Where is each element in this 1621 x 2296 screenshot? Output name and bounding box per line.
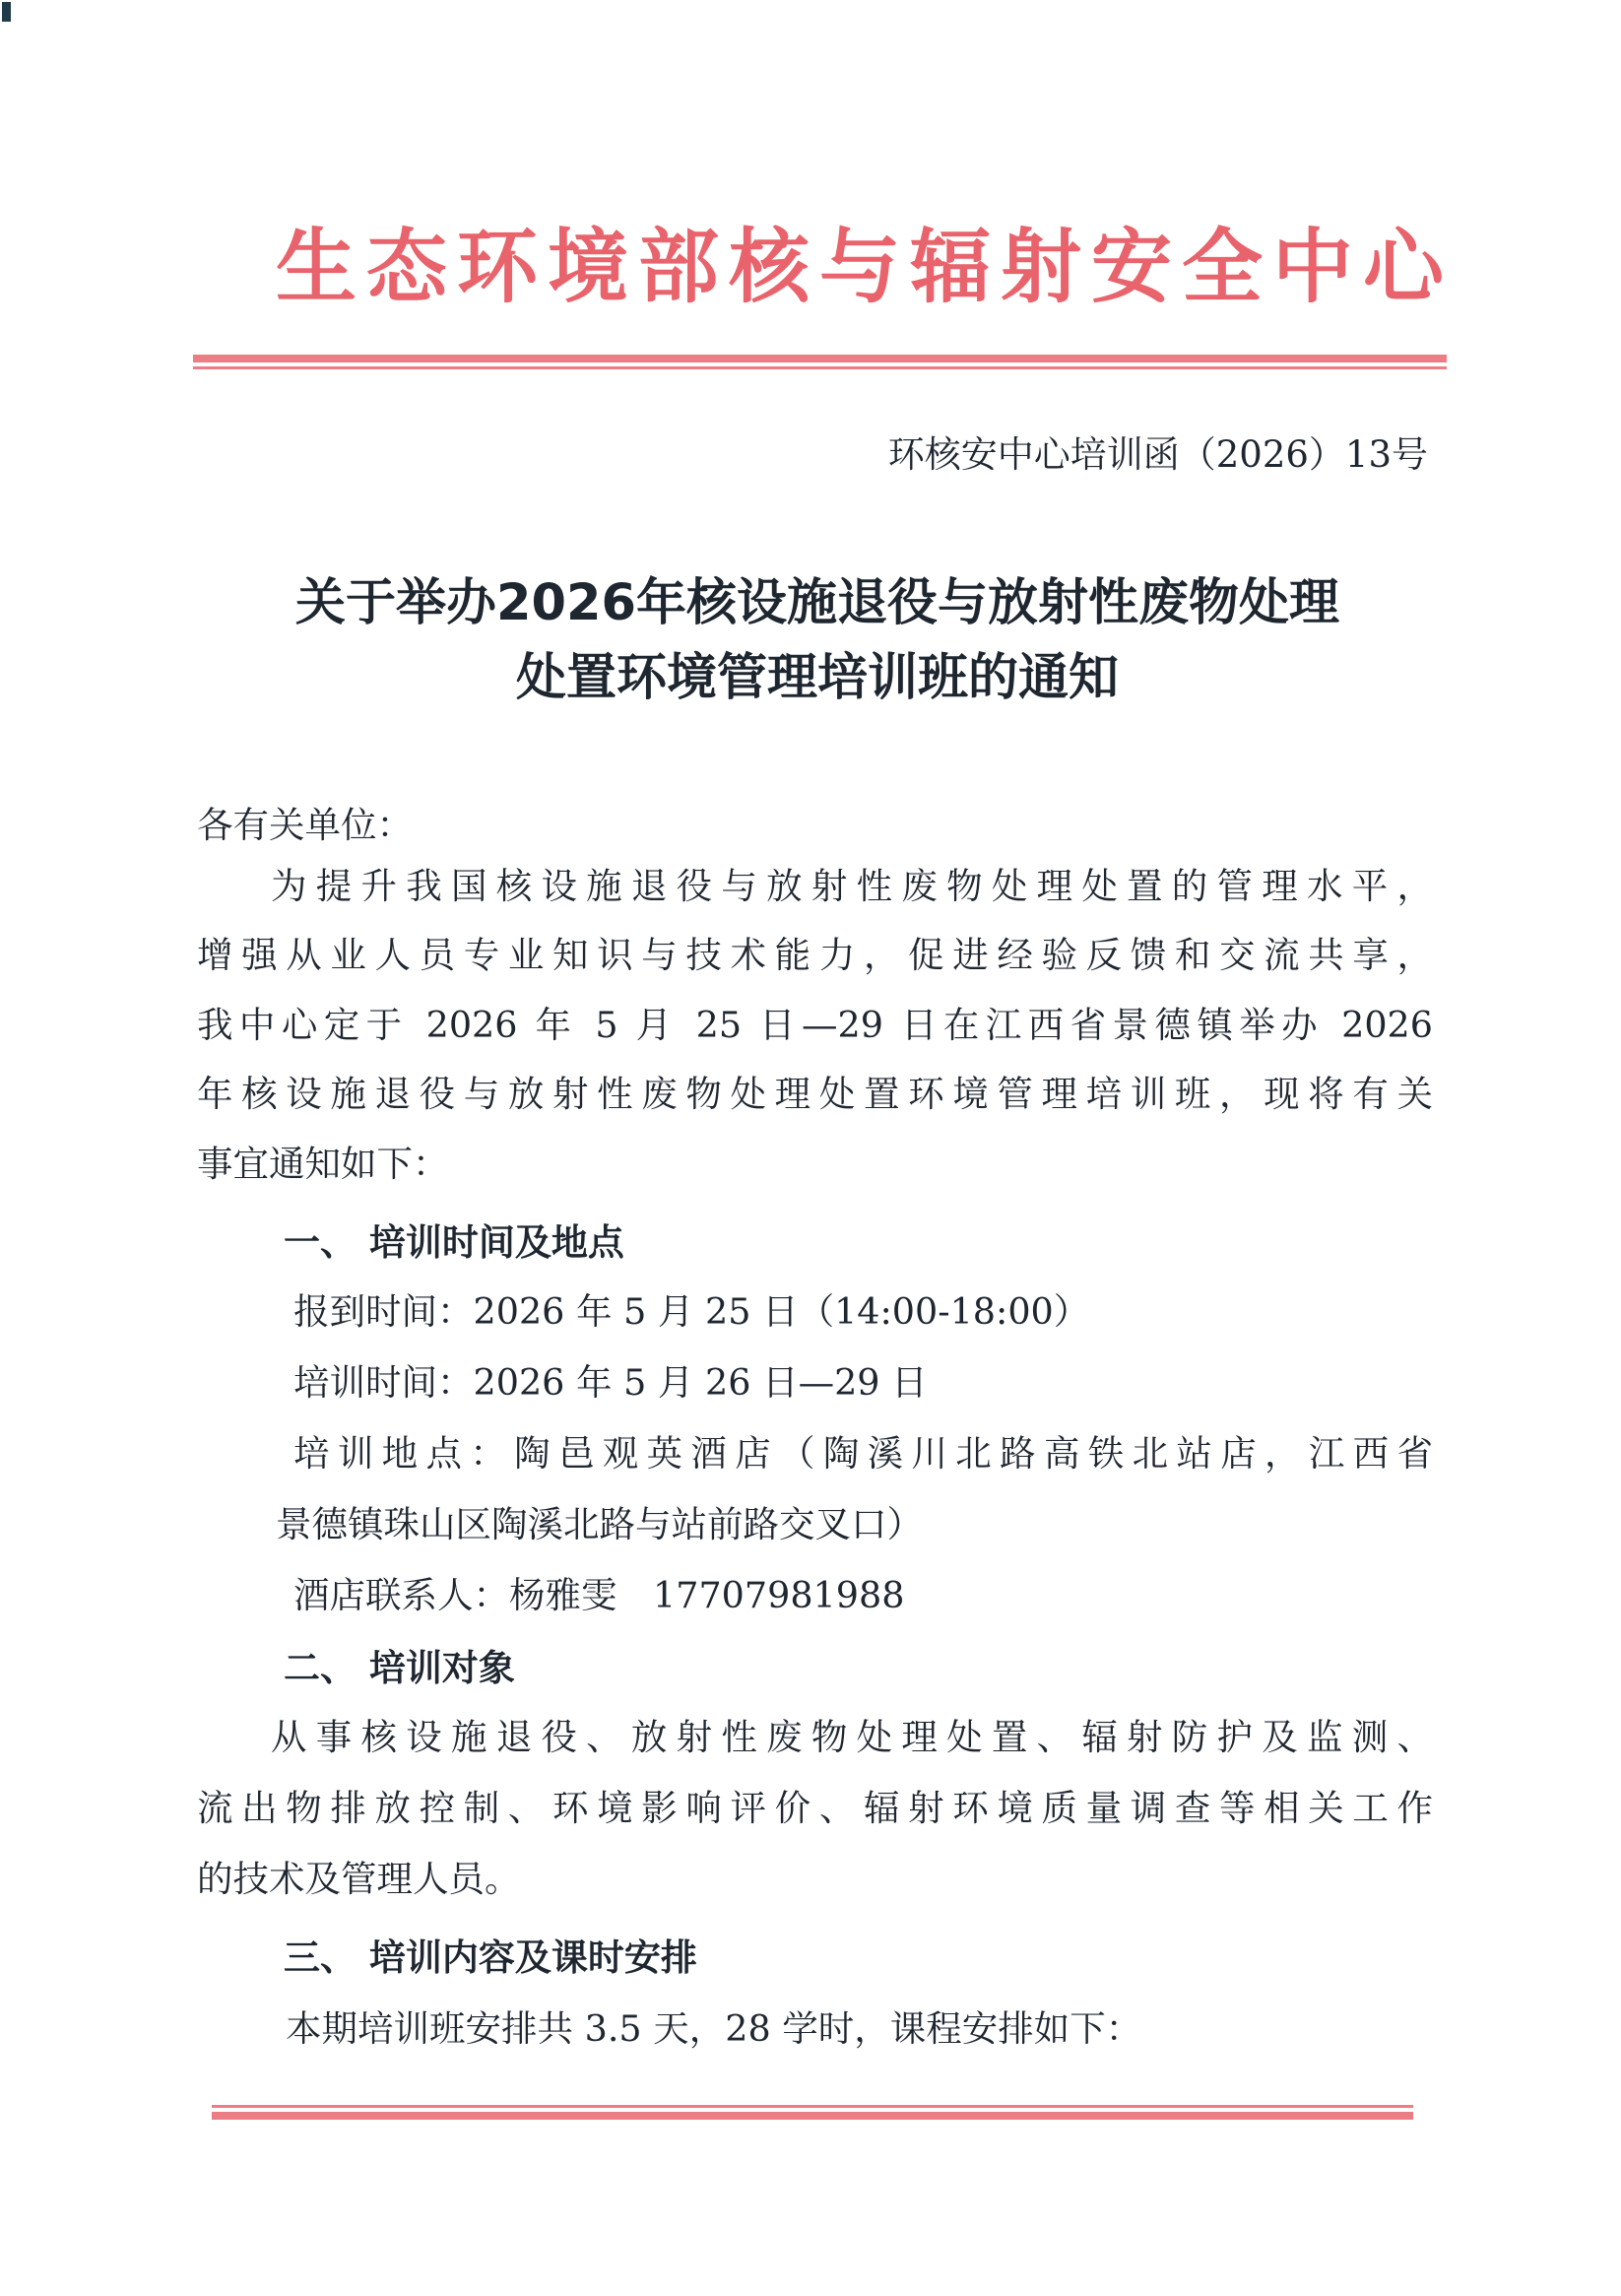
- document-title-line-1: 关于举办2026年核设施退役与放射性废物处理: [187, 566, 1448, 641]
- training-location-line-2: 景德镇珠山区陶溪北路与站前路交叉口）: [276, 1501, 923, 1548]
- target-audience-line-2: 流出物排放控制、环境影响评价、辐射环境质量调查等相关工作: [197, 1785, 1433, 1832]
- intro-line-5: 事宜通知如下：: [197, 1141, 449, 1188]
- training-time: 培训时间：2026 年 5 月 26 日—29 日: [293, 1359, 928, 1407]
- organization-letterhead: 生态环境部核与辐射安全中心: [276, 219, 1408, 317]
- section-1-heading: 一、 培训时间及地点: [284, 1219, 624, 1267]
- target-audience-line-1: 从事核设施退役、放射性废物处理处置、辐射防护及监测、: [271, 1714, 1433, 1761]
- intro-line-4: 年核设施退役与放射性废物处理处置环境管理培训班，现将有关: [197, 1071, 1433, 1118]
- section-3-heading: 三、 培训内容及课时安排: [284, 1935, 697, 1982]
- hotel-contact: 酒店联系人：杨雅雯 17707981988: [293, 1572, 904, 1619]
- letterhead-rule-thick: [193, 355, 1447, 362]
- document-number: 环核安中心培训函（2026）13号: [888, 431, 1428, 479]
- footer-rule-thin: [212, 2105, 1413, 2108]
- intro-line-3: 我中心定于 2026 年 5 月 25 日—29 日在江西省景德镇举办 2026: [197, 1002, 1433, 1049]
- footer-rule-thick: [212, 2112, 1413, 2120]
- letterhead-rule-thin: [193, 366, 1447, 369]
- document-title-line-2: 处置环境管理培训班的通知: [187, 641, 1448, 716]
- training-location-line-1: 培训地点：陶邑观英酒店（陶溪川北路高铁北站店，江西省: [293, 1430, 1433, 1477]
- salutation: 各有关单位：: [197, 802, 413, 849]
- document-title: 关于举办2026年核设施退役与放射性废物处理 处置环境管理培训班的通知: [187, 566, 1448, 716]
- registration-time: 报到时间：2026 年 5 月 25 日（14:00-18:00）: [293, 1288, 1089, 1336]
- section-2-heading: 二、 培训对象: [284, 1645, 515, 1692]
- scan-edge-mark: [2, 2, 11, 22]
- intro-line-1: 为提升我国核设施退役与放射性废物处理处置的管理水平，: [271, 863, 1433, 910]
- target-audience-line-3: 的技术及管理人员。: [197, 1856, 521, 1903]
- course-schedule-intro: 本期培训班安排共 3.5 天，28 学时，课程安排如下：: [286, 2005, 1141, 2053]
- intro-line-2: 增强从业人员专业知识与技术能力，促进经验反馈和交流共享，: [197, 932, 1433, 979]
